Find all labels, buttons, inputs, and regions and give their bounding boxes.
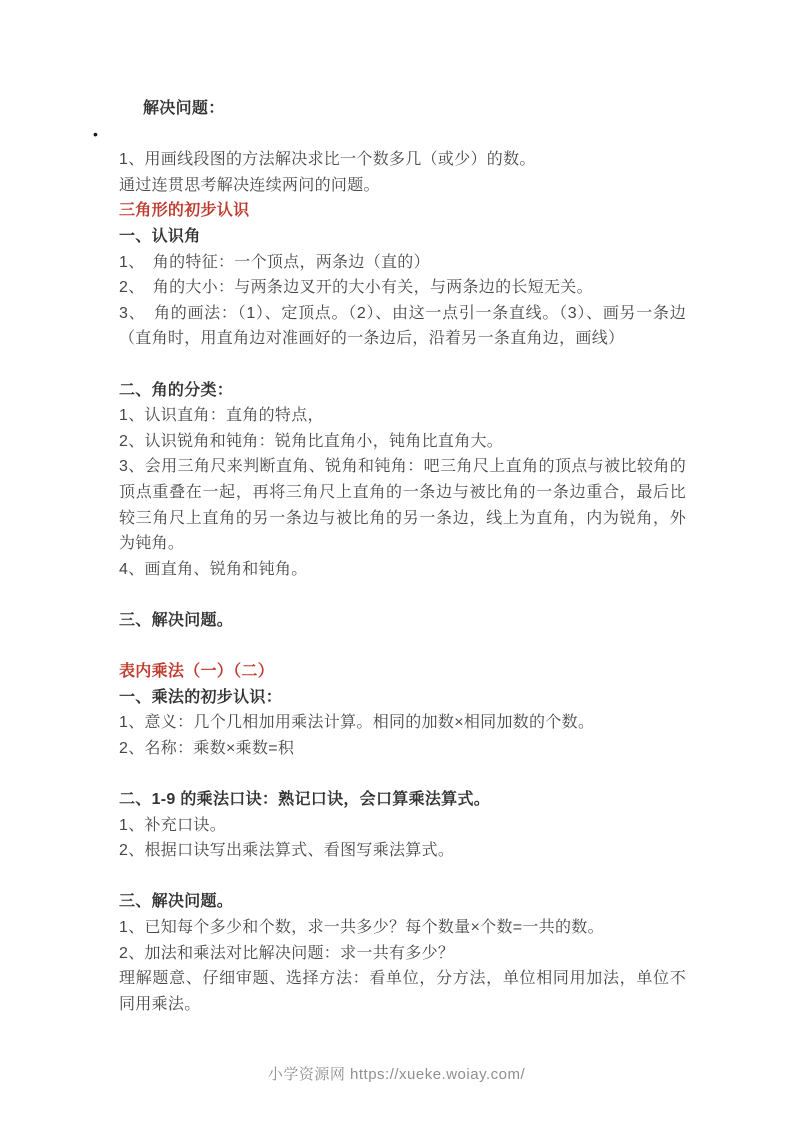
- paragraph: 1、已知每个多少和个数，求一共多少？每个数量×个数=一共的数。: [119, 915, 686, 941]
- section-title-solving-problems: 解决问题：: [143, 96, 686, 122]
- paragraph: 2、根据口诀写出乘法算式、看图写乘法算式。: [119, 838, 686, 864]
- bullet-marker: •: [93, 122, 686, 148]
- paragraph: 1、 角的特征：一个顶点，两条边（直的）: [119, 250, 686, 276]
- paragraph: 1、意义：几个几相加用乘法计算。相同的加数×相同加数的个数。: [119, 710, 686, 736]
- section-heading-knowing-angles: 一、认识角: [119, 224, 686, 250]
- paragraph: 1、认识直角：直角的特点，: [119, 403, 686, 429]
- paragraph: 3、会用三角尺来判断直角、锐角和钝角：吧三角尺上直角的顶点与被比较角的顶点重叠在…: [119, 454, 686, 556]
- document-body: 解决问题： • 1、用画线段图的方法解决求比一个数多几（或少）的数。 通过连贯思…: [119, 96, 686, 1017]
- section-heading-multiplication-formulas: 二、1-9 的乘法口诀：熟记口诀，会口算乘法算式。: [119, 787, 686, 813]
- paragraph: 3、 角的画法：（1）、定顶点。（2）、由这一点引一条直线。（3）、画另一条边（…: [119, 301, 686, 352]
- paragraph: 4、画直角、锐角和钝角。: [119, 557, 686, 583]
- document-page: 解决问题： • 1、用画线段图的方法解决求比一个数多几（或少）的数。 通过连贯思…: [0, 0, 793, 1122]
- paragraph: 1、用画线段图的方法解决求比一个数多几（或少）的数。: [119, 147, 686, 173]
- section-heading-angle-classification: 二、角的分类：: [119, 378, 686, 404]
- paragraph: 2、认识锐角和钝角：锐角比直角小，钝角比直角大。: [119, 429, 686, 455]
- watermark-footer: 小学资源网 https://xueke.woiay.com/: [0, 1063, 793, 1087]
- paragraph: 2、 角的大小：与两条边叉开的大小有关，与两条边的长短无关。: [119, 275, 686, 301]
- section-heading-multiplication-intro: 一、乘法的初步认识：: [119, 685, 686, 711]
- paragraph: 1、补充口诀。: [119, 813, 686, 839]
- chapter-heading-triangle: 三角形的初步认识: [119, 198, 686, 224]
- paragraph: 2、加法和乘法对比解决问题：求一共有多少？: [119, 941, 686, 967]
- paragraph: 理解题意、仔细审题、选择方法：看单位，分方法，单位相同用加法，单位不同用乘法。: [119, 966, 686, 1017]
- section-heading-solving-problems-2: 三、解决问题。: [119, 889, 686, 915]
- chapter-heading-multiplication-tables: 表内乘法（一）（二）: [119, 659, 686, 685]
- paragraph: 2、名称：乘数×乘数=积: [119, 736, 686, 762]
- paragraph: 通过连贯思考解决连续两问的问题。: [119, 173, 686, 199]
- section-heading-solving-problems-1: 三、解决问题。: [119, 608, 686, 634]
